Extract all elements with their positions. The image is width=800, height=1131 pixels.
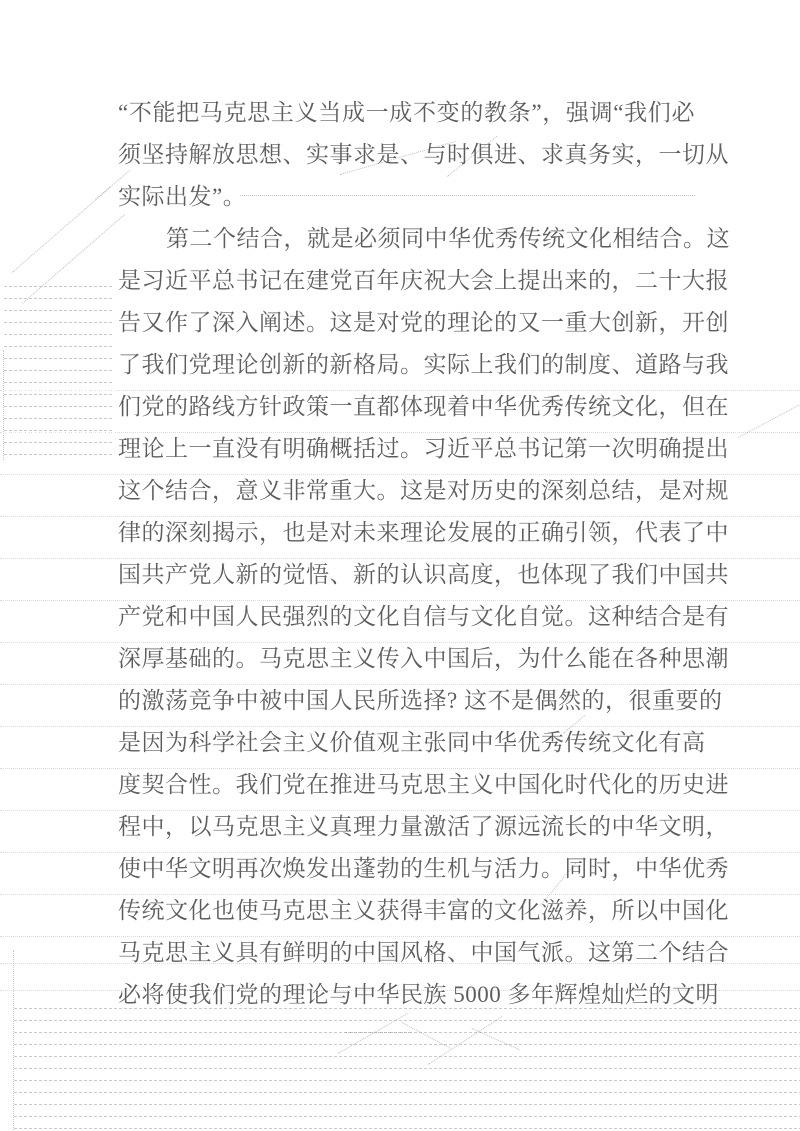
- scan-artifact-line: [13, 950, 14, 1130]
- text-line: 理论上一直没有明确概括过。习近平总书记第一次明确提出: [118, 428, 695, 470]
- text-line: 国共产党人新的觉悟、新的认识高度，也体现了我们中国共: [118, 554, 695, 596]
- text-line: 是习近平总书记在建党百年庆祝大会上提出来的，二十大报: [118, 260, 695, 302]
- scan-artifact-line: [738, 402, 800, 438]
- text-line: 是因为科学社会主义价值观主张同中华优秀传统文化有高: [118, 722, 695, 764]
- text-line: 须坚持解放思想、实事求是、与时俱进、求真务实，一切从: [118, 134, 695, 176]
- text-line: 实际出发”。: [118, 176, 695, 218]
- text-line: 律的深刻揭示，也是对未来理论发展的正确引领，代表了中: [118, 512, 695, 554]
- scan-artifact-line: [472, 1028, 520, 1050]
- text-block: “不能把马克思主义当成一成不变的教条”，强调“我们必 须坚持解放思想、实事求是、…: [118, 92, 695, 1016]
- text-line: 使中华文明再次焕发出蓬勃的生机与活力。同时，中华优秀: [118, 848, 695, 890]
- document-page: “不能把马克思主义当成一成不变的教条”，强调“我们必 须坚持解放思想、实事求是、…: [0, 0, 800, 1131]
- text-line: 这个结合，意义非常重大。这是对历史的深刻总结，是对规: [118, 470, 695, 512]
- text-line: 产党和中国人民强烈的文化自信与文化自觉。这种结合是有: [118, 596, 695, 638]
- text-line: 程中，以马克思主义真理力量激活了源远流长的中华文明，: [118, 806, 695, 848]
- text-line: 马克思主义具有鲜明的中国风格、中国气派。这第二个结合: [118, 932, 695, 974]
- scan-artifact-line: [345, 1032, 411, 1033]
- scan-artifact-line: [338, 1013, 408, 1054]
- scan-artifact-line: [12, 187, 111, 273]
- scan-artifact-line: [22, 214, 125, 303]
- scan-artifact-line: [3, 350, 4, 460]
- text-line: 第二个结合，就是必须同中华优秀传统文化相结合。这: [118, 218, 695, 260]
- text-line: 告又作了深入阐述。这是对党的理论的又一重大创新，开创: [118, 302, 695, 344]
- text-line: 深厚基础的。马克思主义传入中国后，为什么能在各种思潮: [118, 638, 695, 680]
- text-line: 传统文化也使马克思主义获得丰富的文化滋养，所以中国化: [118, 890, 695, 932]
- text-line: 必将使我们党的理论与中华民族 5000 多年辉煌灿烂的文明: [118, 974, 695, 1016]
- text-line: 度契合性。我们党在推进马克思主义中国化时代化的历史进: [118, 764, 695, 806]
- text-line: 们党的路线方针政策一直都体现着中华优秀传统文化，但在: [118, 386, 695, 428]
- text-line: 的激荡竞争中被中国人民所选择? 这不是偶然的，很重要的: [118, 680, 695, 722]
- text-line: “不能把马克思主义当成一成不变的教条”，强调“我们必: [118, 92, 695, 134]
- scan-artifact-line: [402, 1022, 451, 1049]
- scan-artifact-line: [428, 1016, 502, 1065]
- scan-artifact-strip: [2, 286, 114, 456]
- scan-artifact-strip: [12, 1008, 800, 1130]
- text-line: 了我们党理论创新的新格局。实际上我们的制度、道路与我: [118, 344, 695, 386]
